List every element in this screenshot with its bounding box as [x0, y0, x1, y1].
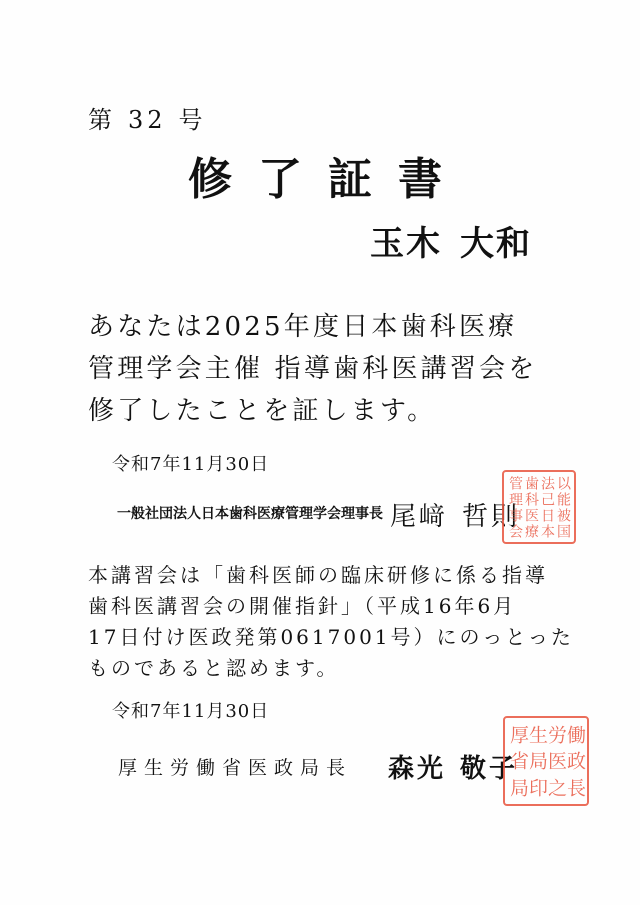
ministry-seal-stamp: 働 政 長 労 医 之 生 局 印 厚 省 局 [503, 716, 589, 806]
recipient-name: 玉木大和 [370, 216, 532, 265]
seal-char: 以 [555, 475, 571, 491]
seal-char: 働 [565, 721, 584, 748]
seal-char: 政 [565, 748, 584, 775]
seal-char: 之 [546, 774, 565, 801]
statement-line: 管理学会主催 指導歯科医講習会を [88, 348, 537, 390]
seal-char: 労 [546, 721, 565, 748]
seal-char: 省 [508, 748, 527, 775]
issue-date: 令和7年11月30日 [112, 450, 269, 476]
approval-statement: 本講習会は「歯科医師の臨床研修に係る指導 歯科医講習会の開催指針」（平成16年6… [88, 560, 574, 684]
seal-char: 医 [523, 507, 539, 523]
recipient-given-name: 大和 [460, 224, 532, 264]
seal-char: 医 [546, 748, 565, 775]
recipient-family-name: 玉木 [370, 224, 442, 264]
ministry-official-name: 森光敬子 [388, 748, 518, 785]
seal-char: 生 [527, 721, 546, 748]
approval-line: 本講習会は「歯科医師の臨床研修に係る指導 [88, 560, 574, 591]
approval-line: 17日付け医政発第0617001号）にのっとった [88, 622, 574, 653]
seal-char: 科 [523, 491, 539, 507]
seal-char: 会 [507, 523, 523, 539]
issuer-name: 尾﨑哲則 [390, 496, 520, 533]
approval-line: ものであると認めます。 [88, 653, 574, 684]
seal-char: 長 [565, 774, 584, 801]
certificate-number-value: 32 [128, 106, 167, 134]
certificate-title: 修了証書 [188, 143, 468, 207]
issuer-seal-stamp: 以 能 被 国 法 己 日 本 歯 科 医 療 管 理 事 会 [502, 470, 576, 544]
seal-char: 局 [508, 774, 527, 801]
seal-char: 事 [507, 507, 523, 523]
approval-line: 歯科医講習会の開催指針」（平成16年6月 [88, 591, 574, 622]
certificate-number: 第32号 [88, 100, 207, 135]
seal-char: 法 [539, 475, 555, 491]
seal-char: 理 [507, 491, 523, 507]
seal-char: 本 [539, 523, 555, 539]
approval-date: 令和7年11月30日 [112, 697, 269, 723]
seal-char: 印 [527, 774, 546, 801]
statement-line: あなたは2025年度日本歯科医療 [88, 306, 537, 348]
seal-char: 己 [539, 491, 555, 507]
issuer-organization-title: 一般社団法人日本歯科医療管理学会理事長 [117, 503, 383, 523]
certificate-page: 第32号 修了証書 玉木大和 あなたは2025年度日本歯科医療 管理学会主催 指… [0, 0, 640, 905]
ministry-family-name: 森光 [388, 754, 446, 784]
seal-char: 日 [539, 507, 555, 523]
seal-char: 被 [555, 507, 571, 523]
certificate-number-suffix: 号 [179, 106, 207, 134]
ministry-official-title: 厚生労働省医政局長 [118, 753, 352, 780]
statement-line: 修了したことを証します。 [88, 390, 537, 432]
seal-char: 能 [555, 491, 571, 507]
seal-char: 国 [555, 523, 571, 539]
seal-char: 局 [527, 748, 546, 775]
seal-char: 厚 [508, 721, 527, 748]
issuer-family-name: 尾﨑 [390, 502, 448, 532]
certificate-number-prefix: 第 [88, 106, 116, 134]
seal-char: 療 [523, 523, 539, 539]
certification-statement: あなたは2025年度日本歯科医療 管理学会主催 指導歯科医講習会を 修了したこと… [88, 306, 537, 432]
seal-char: 歯 [523, 475, 539, 491]
seal-char: 管 [507, 475, 523, 491]
